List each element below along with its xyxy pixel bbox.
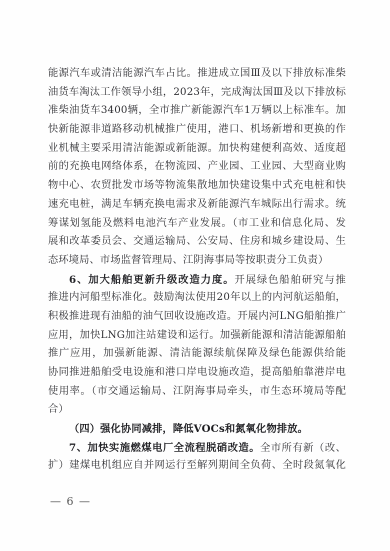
text-line: 使用率。（市交通运输局、江阴海事局牵头，市生态环境局等配 — [48, 383, 346, 402]
text-line: 态环境局、市场监督管理局、江阴海事局等按职责分工负责） — [48, 252, 346, 271]
body-text: 应用，加快LNG加注站建设和运行。加强新能源和清洁能源船舶 — [48, 330, 346, 341]
body-text: 协同推进船舶受电设施和港口岸电设施改造，提高船舶靠港岸电 — [48, 367, 346, 378]
document-text-block: 能源汽车或清洁能源汽车占比。推进成立国Ⅲ及以下排放标准柴 油货车淘汰工作领导小组… — [48, 65, 346, 476]
document-page: 能源汽车或清洁能源汽车占比。推进成立国Ⅲ及以下排放标准柴 油货车淘汰工作领导小组… — [0, 0, 390, 551]
text-line: 准柴油货车3400辆，全市推广新能源汽车1万辆以上标准车。加 — [48, 102, 346, 121]
item-7-lead-text: 7、加快实施燃煤电厂全流程脱硝改造。 — [69, 442, 260, 454]
item-6-lead-text: 6、加大船舶更新升级改造力度。 — [69, 274, 234, 286]
body-text: 准柴油货车3400辆，全市推广新能源汽车1万辆以上标准车。加 — [48, 105, 346, 116]
text-line: 推进内河船型标准化。鼓励淘汰使用20年以上的内河航运船舶， — [48, 289, 346, 308]
text-line: 速充电桩，满足车辆充换电需求及新能源汽车城际出行需求。统 — [48, 196, 346, 215]
text-line: 筹谋划氢能及燃料电池汽车产业发展。（市工业和信息化局、发 — [48, 215, 346, 234]
body-text: 油货车淘汰工作领导小组，2023年，完成淘汰国Ⅲ及以下排放标 — [48, 87, 346, 98]
text-line-item-7: 7、加快实施燃煤电厂全流程脱硝改造。全市所有新（改、 — [48, 439, 346, 458]
text-line: 物中心、农贸批发市场等物流集散地加快建设集中式充电桩和快 — [48, 177, 346, 196]
text-line: 合） — [48, 401, 346, 420]
body-text: 使用率。（市交通运输局、江阴海事局牵头，市生态环境局等配 — [48, 386, 346, 397]
body-text: 能源汽车或清洁能源汽车占比。推进成立国Ⅲ及以下排放标准柴 — [48, 68, 346, 79]
text-line-item-6: 6、加大船舶更新升级改造力度。开展绿色船舶研究与推广， — [48, 271, 346, 290]
page-number: — 6 — — [50, 495, 91, 508]
body-text: 业机械主要采用清洁能源或新能源。加快构建便利高效、适度超 — [48, 143, 346, 154]
text-line: 业机械主要采用清洁能源或新能源。加快构建便利高效、适度超 — [48, 140, 346, 159]
text-line: 协同推进船舶受电设施和港口岸电设施改造，提高船舶靠港岸电 — [48, 364, 346, 383]
text-line: 积极推进现有油船的油气回收设施改造。开展内河LNG船舶推广 — [48, 308, 346, 327]
body-text: 推广应用，加强新能源、清洁能源续航保障及绿色能源供给能力。 — [48, 348, 346, 364]
body-text: 态环境局、市场监督管理局、江阴海事局等按职责分工负责） — [48, 255, 328, 266]
body-text: 速充电桩，满足车辆充换电需求及新能源汽车城际出行需求。统 — [48, 199, 346, 210]
text-line: 展和改革委员会、交通运输局、公安局、住房和城乡建设局、生 — [48, 233, 346, 252]
section-heading-text: （四）强化协同减排，降低VOCs和氮氧化物排放。 — [69, 423, 308, 435]
text-line: 油货车淘汰工作领导小组，2023年，完成淘汰国Ⅲ及以下排放标 — [48, 84, 346, 103]
text-line: 应用，加快LNG加注站建设和运行。加强新能源和清洁能源船舶 — [48, 327, 346, 346]
body-text: 积极推进现有油船的油气回收设施改造。开展内河LNG船舶推广 — [48, 311, 346, 322]
body-text: 扩）建煤电机组应自并网运行至解列期间全负荷、全时段氮氧化 — [48, 460, 346, 471]
text-line: 前的充换电网络体系，在物流园、产业园、工业园、大型商业购 — [48, 158, 346, 177]
body-text: 全市所有新（改、 — [260, 443, 346, 454]
body-text: 快新能源非道路移动机械推广使用，港口、机场新增和更换的作 — [48, 124, 346, 135]
body-text: 筹谋划氢能及燃料电池汽车产业发展。（市工业和信息化局、发 — [48, 218, 346, 229]
body-text: 合） — [48, 404, 69, 415]
body-text: 推进内河船型标准化。鼓励淘汰使用20年以上的内河航运船舶， — [48, 292, 346, 303]
text-line: 快新能源非道路移动机械推广使用，港口、机场新增和更换的作 — [48, 121, 346, 140]
body-text: 前的充换电网络体系，在物流园、产业园、工业园、大型商业购 — [48, 161, 346, 172]
text-line: 推广应用，加强新能源、清洁能源续航保障及绿色能源供给能力。 — [48, 345, 346, 364]
section-heading-line: （四）强化协同减排，降低VOCs和氮氧化物排放。 — [48, 420, 346, 439]
body-text: 物中心、农贸批发市场等物流集散地加快建设集中式充电桩和快 — [48, 180, 346, 191]
body-text: 展和改革委员会、交通运输局、公安局、住房和城乡建设局、生 — [48, 236, 346, 247]
text-line: 扩）建煤电机组应自并网运行至解列期间全负荷、全时段氮氧化 — [48, 457, 346, 476]
text-line: 能源汽车或清洁能源汽车占比。推进成立国Ⅲ及以下排放标准柴 — [48, 65, 346, 84]
